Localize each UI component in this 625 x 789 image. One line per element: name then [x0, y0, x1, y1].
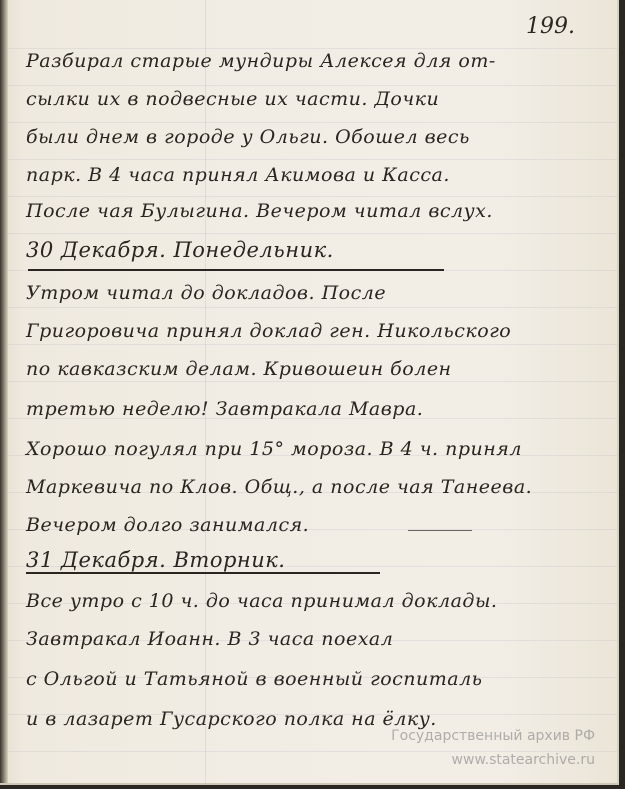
end-dash: [408, 530, 472, 531]
text-line: Вечером долго занимался.: [26, 514, 603, 536]
page-number: 199.: [526, 14, 575, 39]
text-line: Хорошо погулял при 15° мороза. В 4 ч. пр…: [26, 438, 603, 460]
text-line: сылки их в подвесные их части. Дочки: [26, 88, 603, 110]
text-line: Завтракал Иоанн. В 3 часа поехал: [26, 628, 603, 650]
text-line: парк. В 4 часа принял Акимова и Касса.: [26, 164, 603, 186]
text-line: и в лазарет Гусарского полка на ёлку.: [26, 708, 603, 730]
text-line: Разбирал старые мундиры Алексея для от-: [26, 50, 603, 72]
entry-heading-31-dec: 31 Декабря. Вторник.: [26, 548, 603, 572]
text-line: третью неделю! Завтракала Мавра.: [26, 398, 603, 420]
heading-underline: [28, 269, 444, 271]
heading-underline: [26, 572, 380, 574]
text-line: Все утро с 10 ч. до часа принимал доклад…: [26, 590, 603, 612]
text-line: с Ольгой и Татьяной в военный госпиталь: [26, 668, 603, 690]
text-line: Утром читал до докладов. После: [26, 282, 603, 304]
archive-watermark: Государственный архив РФ: [391, 728, 595, 744]
text-line: Григоровича принял доклад ген. Никольско…: [26, 320, 603, 342]
text-line: были днем в городе у Ольги. Обошел весь: [26, 126, 603, 148]
diary-page: 199. Разбирал старые мундиры Алексея для…: [0, 0, 619, 785]
text-line: по кавказским делам. Кривошеин болен: [26, 358, 603, 380]
entry-heading-30-dec: 30 Декабря. Понедельник.: [26, 238, 603, 262]
text-line: Маркевича по Клов. Общ., а после чая Тан…: [26, 476, 603, 498]
text-line: После чая Булыгина. Вечером читал вслух.: [26, 200, 603, 222]
page-fold: [205, 0, 206, 783]
archive-url-watermark: www.statearchive.ru: [452, 752, 595, 768]
